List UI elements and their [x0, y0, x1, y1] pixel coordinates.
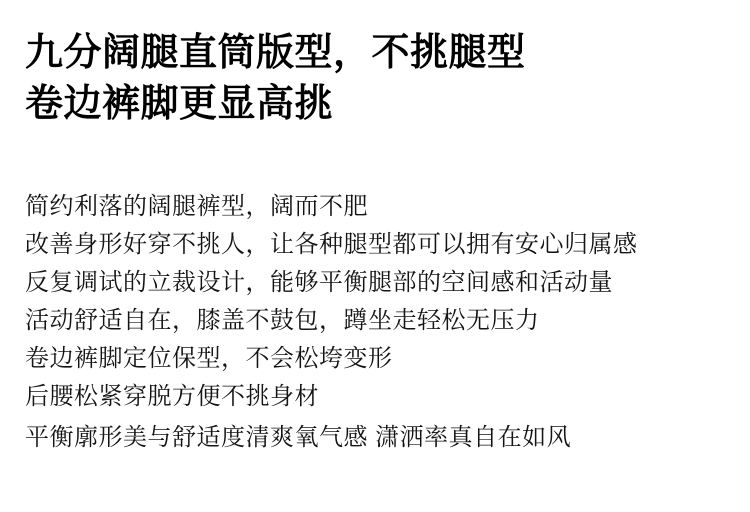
headline-line-1: 九分阔腿直筒版型，不挑腿型: [25, 28, 730, 79]
feature-line-comfort: 活动舒适自在，膝盖不鼓包，蹲坐走轻松无压力: [25, 302, 730, 340]
headline-line-2: 卷边裤脚更显高挑: [25, 79, 730, 130]
feature-line-silhouette: 简约利落的阔腿裤型，阔而不肥: [25, 188, 730, 226]
feature-line-tailoring: 反复调试的立裁设计，能够平衡腿部的空间感和活动量: [25, 264, 730, 302]
headline: 九分阔腿直筒版型，不挑腿型 卷边裤脚更显高挑: [25, 28, 730, 130]
product-description-section: 九分阔腿直筒版型，不挑腿型 卷边裤脚更显高挑 简约利落的阔腿裤型，阔而不肥 改善…: [0, 0, 750, 512]
feature-copy-block: 简约利落的阔腿裤型，阔而不肥 改善身形好穿不挑人，让各种腿型都可以拥有安心归属感…: [25, 188, 730, 457]
feature-line-cuff-shape: 卷边裤脚定位保型，不会松垮变形: [25, 340, 730, 378]
feature-line-style-summary: 平衡廓形美与舒适度清爽氧气感 潇洒率真自在如风: [25, 419, 730, 457]
feature-line-elastic-waist: 后腰松紧穿脱方便不挑身材: [25, 378, 730, 416]
feature-line-fit-all-legs: 改善身形好穿不挑人，让各种腿型都可以拥有安心归属感: [25, 226, 730, 264]
